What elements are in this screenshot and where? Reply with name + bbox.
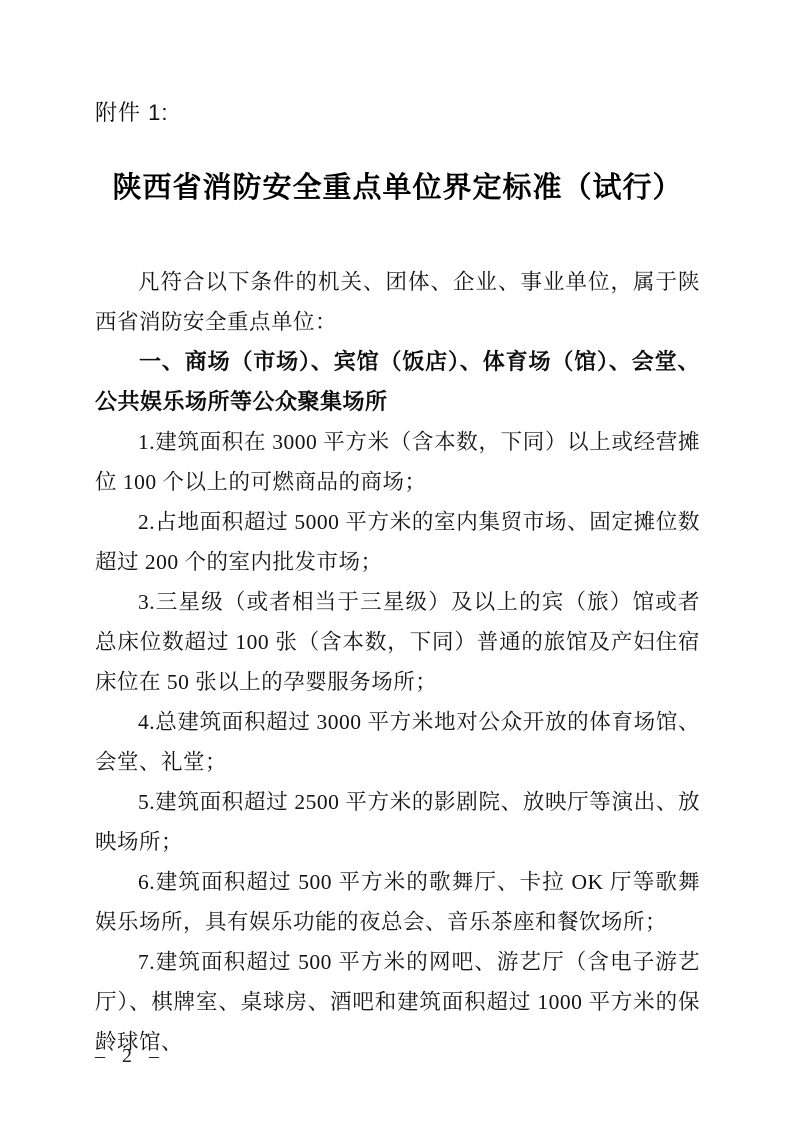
paragraph-section-one-heading: 一、商场（市场）、宾馆（饭店）、体育场（馆）、会堂、公共娱乐场所等公众聚集场所 [95, 342, 700, 422]
paragraph-item-2: 2.占地面积超过 5000 平方米的室内集贸市场、固定摊位数超过 200 个的室… [95, 502, 700, 582]
paragraph-item-3: 3.三星级（或者相当于三星级）及以上的宾（旅）馆或者总床位数超过 100 张（含… [95, 582, 700, 702]
paragraph-item-1: 1.建筑面积在 3000 平方米（含本数，下同）以上或经营摊位 100 个以上的… [95, 422, 700, 502]
document-page: 附件 1: 陕西省消防安全重点单位界定标准（试行） 凡符合以下条件的机关、团体、… [0, 0, 793, 1122]
paragraph-item-7: 7.建筑面积超过 500 平方米的网吧、游艺厅（含电子游艺厅）、棋牌室、桌球房、… [95, 942, 700, 1062]
document-title: 陕西省消防安全重点单位界定标准（试行） [95, 170, 700, 206]
document-body: 凡符合以下条件的机关、团体、企业、事业单位，属于陕西省消防安全重点单位： 一、商… [95, 262, 700, 1062]
attachment-label: 附件 1: [95, 100, 700, 126]
paragraph-item-6: 6.建筑面积超过 500 平方米的歌舞厅、卡拉 OK 厅等歌舞娱乐场所，具有娱乐… [95, 862, 700, 942]
paragraph-item-5: 5.建筑面积超过 2500 平方米的影剧院、放映厅等演出、放映场所； [95, 782, 700, 862]
paragraph-item-4: 4.总建筑面积超过 3000 平方米地对公众开放的体育场馆、会堂、礼堂； [95, 702, 700, 782]
paragraph-intro: 凡符合以下条件的机关、团体、企业、事业单位，属于陕西省消防安全重点单位： [95, 262, 700, 342]
page-number: – 2 – [95, 1045, 165, 1068]
